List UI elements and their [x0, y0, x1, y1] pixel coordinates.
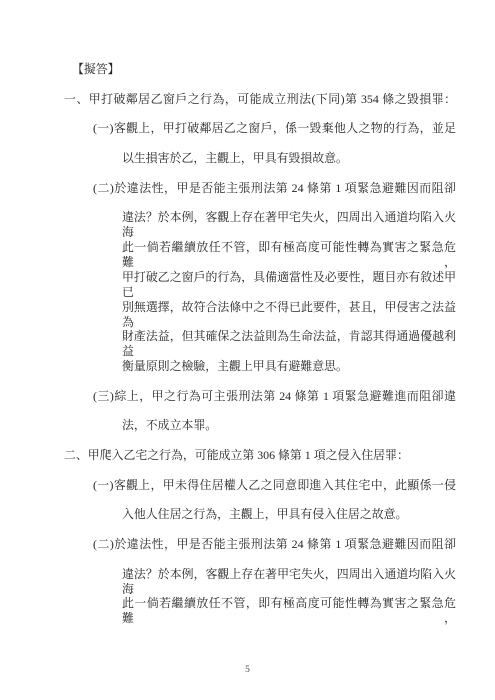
text-line: 違法？於本例，客觀上存在著甲宅失火，四周出入通道均陷入火海 — [0, 210, 456, 240]
text-line: 別無選擇，故符合法條中之不得已此要件，甚且，甲侵害之法益為 — [0, 300, 456, 330]
text-line: 財產法益，但其確保之法益則為生命法益，肯認其得通過優越利益 — [0, 329, 456, 359]
text-line: 此一倘若繼續放任不管，即有極高度可能性轉為實害之緊急危難， — [0, 240, 456, 270]
text-line: (一)客觀上，甲未得住居權人乙之同意即進入其住宅中，此顯係一侵 — [0, 478, 456, 508]
text-line: 二、甲爬入乙宅之行為，可能成立第 306 條第 1 項之侵入住居罪： — [0, 448, 456, 478]
text-line: 以生損害於乙，主觀上，甲具有毀損故意。 — [0, 151, 456, 181]
text-line: 一、甲打破鄰居乙窗戶之行為，可能成立刑法(下同)第 354 條之毀損罪： — [0, 92, 456, 122]
text-line: (二)於違法性，甲是否能主張刑法第 24 條第 1 項緊急避難因而阻卻 — [0, 537, 456, 567]
text-line: 【擬答】 — [0, 62, 456, 92]
answer-text-block: 【擬答】一、甲打破鄰居乙窗戶之行為，可能成立刑法(下同)第 354 條之毀損罪：… — [0, 62, 456, 626]
text-line: 入他人住居之行為，主觀上，甲具有侵入住居之故意。 — [0, 507, 456, 537]
text-line: 此一倘若繼續放任不管，即有極高度可能性轉為實害之緊急危難， — [0, 596, 456, 626]
text-line: (一)客觀上，甲打破鄰居乙之窗戶，係一毀棄他人之物的行為，並足 — [0, 121, 456, 151]
text-line: (三)綜上，甲之行為可主張刑法第 24 條第 1 項緊急避難進而阻卻違 — [0, 389, 456, 419]
page-number: 5 — [0, 665, 495, 675]
document-page: 【擬答】一、甲打破鄰居乙窗戶之行為，可能成立刑法(下同)第 354 條之毀損罪：… — [0, 0, 495, 700]
text-line: 衡量原則之檢驗，主觀上甲具有避難意思。 — [0, 359, 456, 389]
text-line: 違法？於本例，客觀上存在著甲宅失火，四周出入通道均陷入火海 — [0, 567, 456, 597]
text-line: 甲打破乙之窗戶的行為，具備適當性及必要性，題目亦有敘述甲已 — [0, 270, 456, 300]
text-line: 法，不成立本罪。 — [0, 418, 456, 448]
text-line: (二)於違法性，甲是否能主張刑法第 24 條第 1 項緊急避難因而阻卻 — [0, 181, 456, 211]
